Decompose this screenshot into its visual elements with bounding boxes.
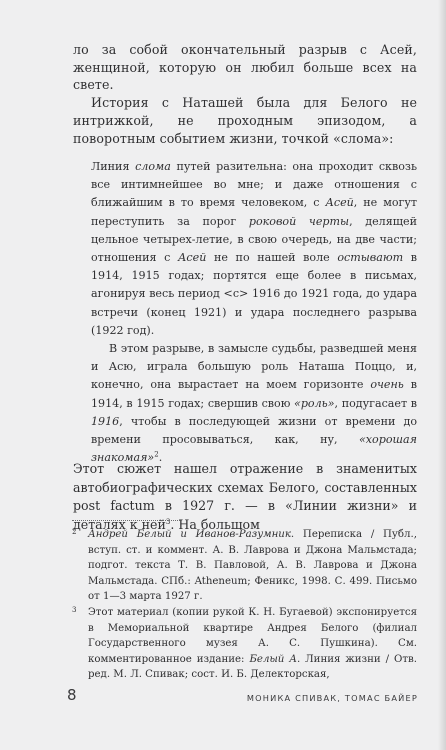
page-number: 8 [67, 686, 77, 704]
footnote-italic-lead: Андрей Белый и Иванов-Разумник. [88, 529, 294, 540]
quote-p2-text: В этом разрыве, в замысле судьбы, развед… [91, 342, 417, 464]
emphasis-text: очень [370, 378, 404, 391]
emphasis-text: Асей [178, 251, 206, 264]
paragraph-continuation: ло за собой окончательный разрыв с Асей,… [73, 41, 417, 94]
block-quote: Линия слома путей разительна: она проход… [91, 158, 417, 467]
text-run: не по нашей воле [206, 251, 337, 264]
quote-paragraph-1: Линия слома путей разительна: она проход… [91, 158, 417, 340]
emphasis-text: слома [135, 160, 171, 173]
text-run: В этом разрыве, в замысле судьбы, развед… [91, 342, 417, 391]
emphasis-text: «роль» [294, 397, 334, 410]
footnote-2: 2 Андрей Белый и Иванов-Разумник. Перепи… [72, 527, 417, 605]
emphasis-text: роковой черты [249, 215, 349, 228]
footnote-separator [72, 520, 182, 521]
running-head: МОНИКА СПИВАК, ТОМАС БАЙЕР [247, 693, 418, 703]
text-run: Линия [91, 160, 135, 173]
body-text-top: ло за собой окончательный разрыв с Асей,… [73, 41, 417, 147]
footnote-3: 3 Этот материал (копии рукой К. Н. Бугае… [72, 605, 417, 683]
footnote-marker: 2 [72, 525, 76, 541]
quote-paragraph-2: В этом разрыве, в замысле судьбы, развед… [91, 340, 417, 467]
footnote-marker: 3 [72, 603, 76, 619]
footnote-italic-mid: Белый А. [249, 654, 300, 665]
body-text-bottom: Этот сюжет нашел отражение в знаменитых … [73, 460, 417, 534]
text-run: , подугасает в [335, 397, 418, 410]
emphasis-text: Асей [325, 196, 353, 209]
footnotes: 2 Андрей Белый и Иванов-Разумник. Перепи… [72, 527, 417, 683]
footnote-text: Переписка / Публ., вступ. ст. и коммент.… [88, 529, 417, 602]
page-edge-shadow [438, 0, 446, 750]
emphasis-text: 1916 [91, 415, 119, 428]
paragraph-plot: Этот сюжет нашел отражение в знаменитых … [73, 460, 417, 534]
paragraph-history: История с Наташей была для Белого не инт… [73, 94, 417, 147]
emphasis-text: остывают [337, 251, 403, 264]
